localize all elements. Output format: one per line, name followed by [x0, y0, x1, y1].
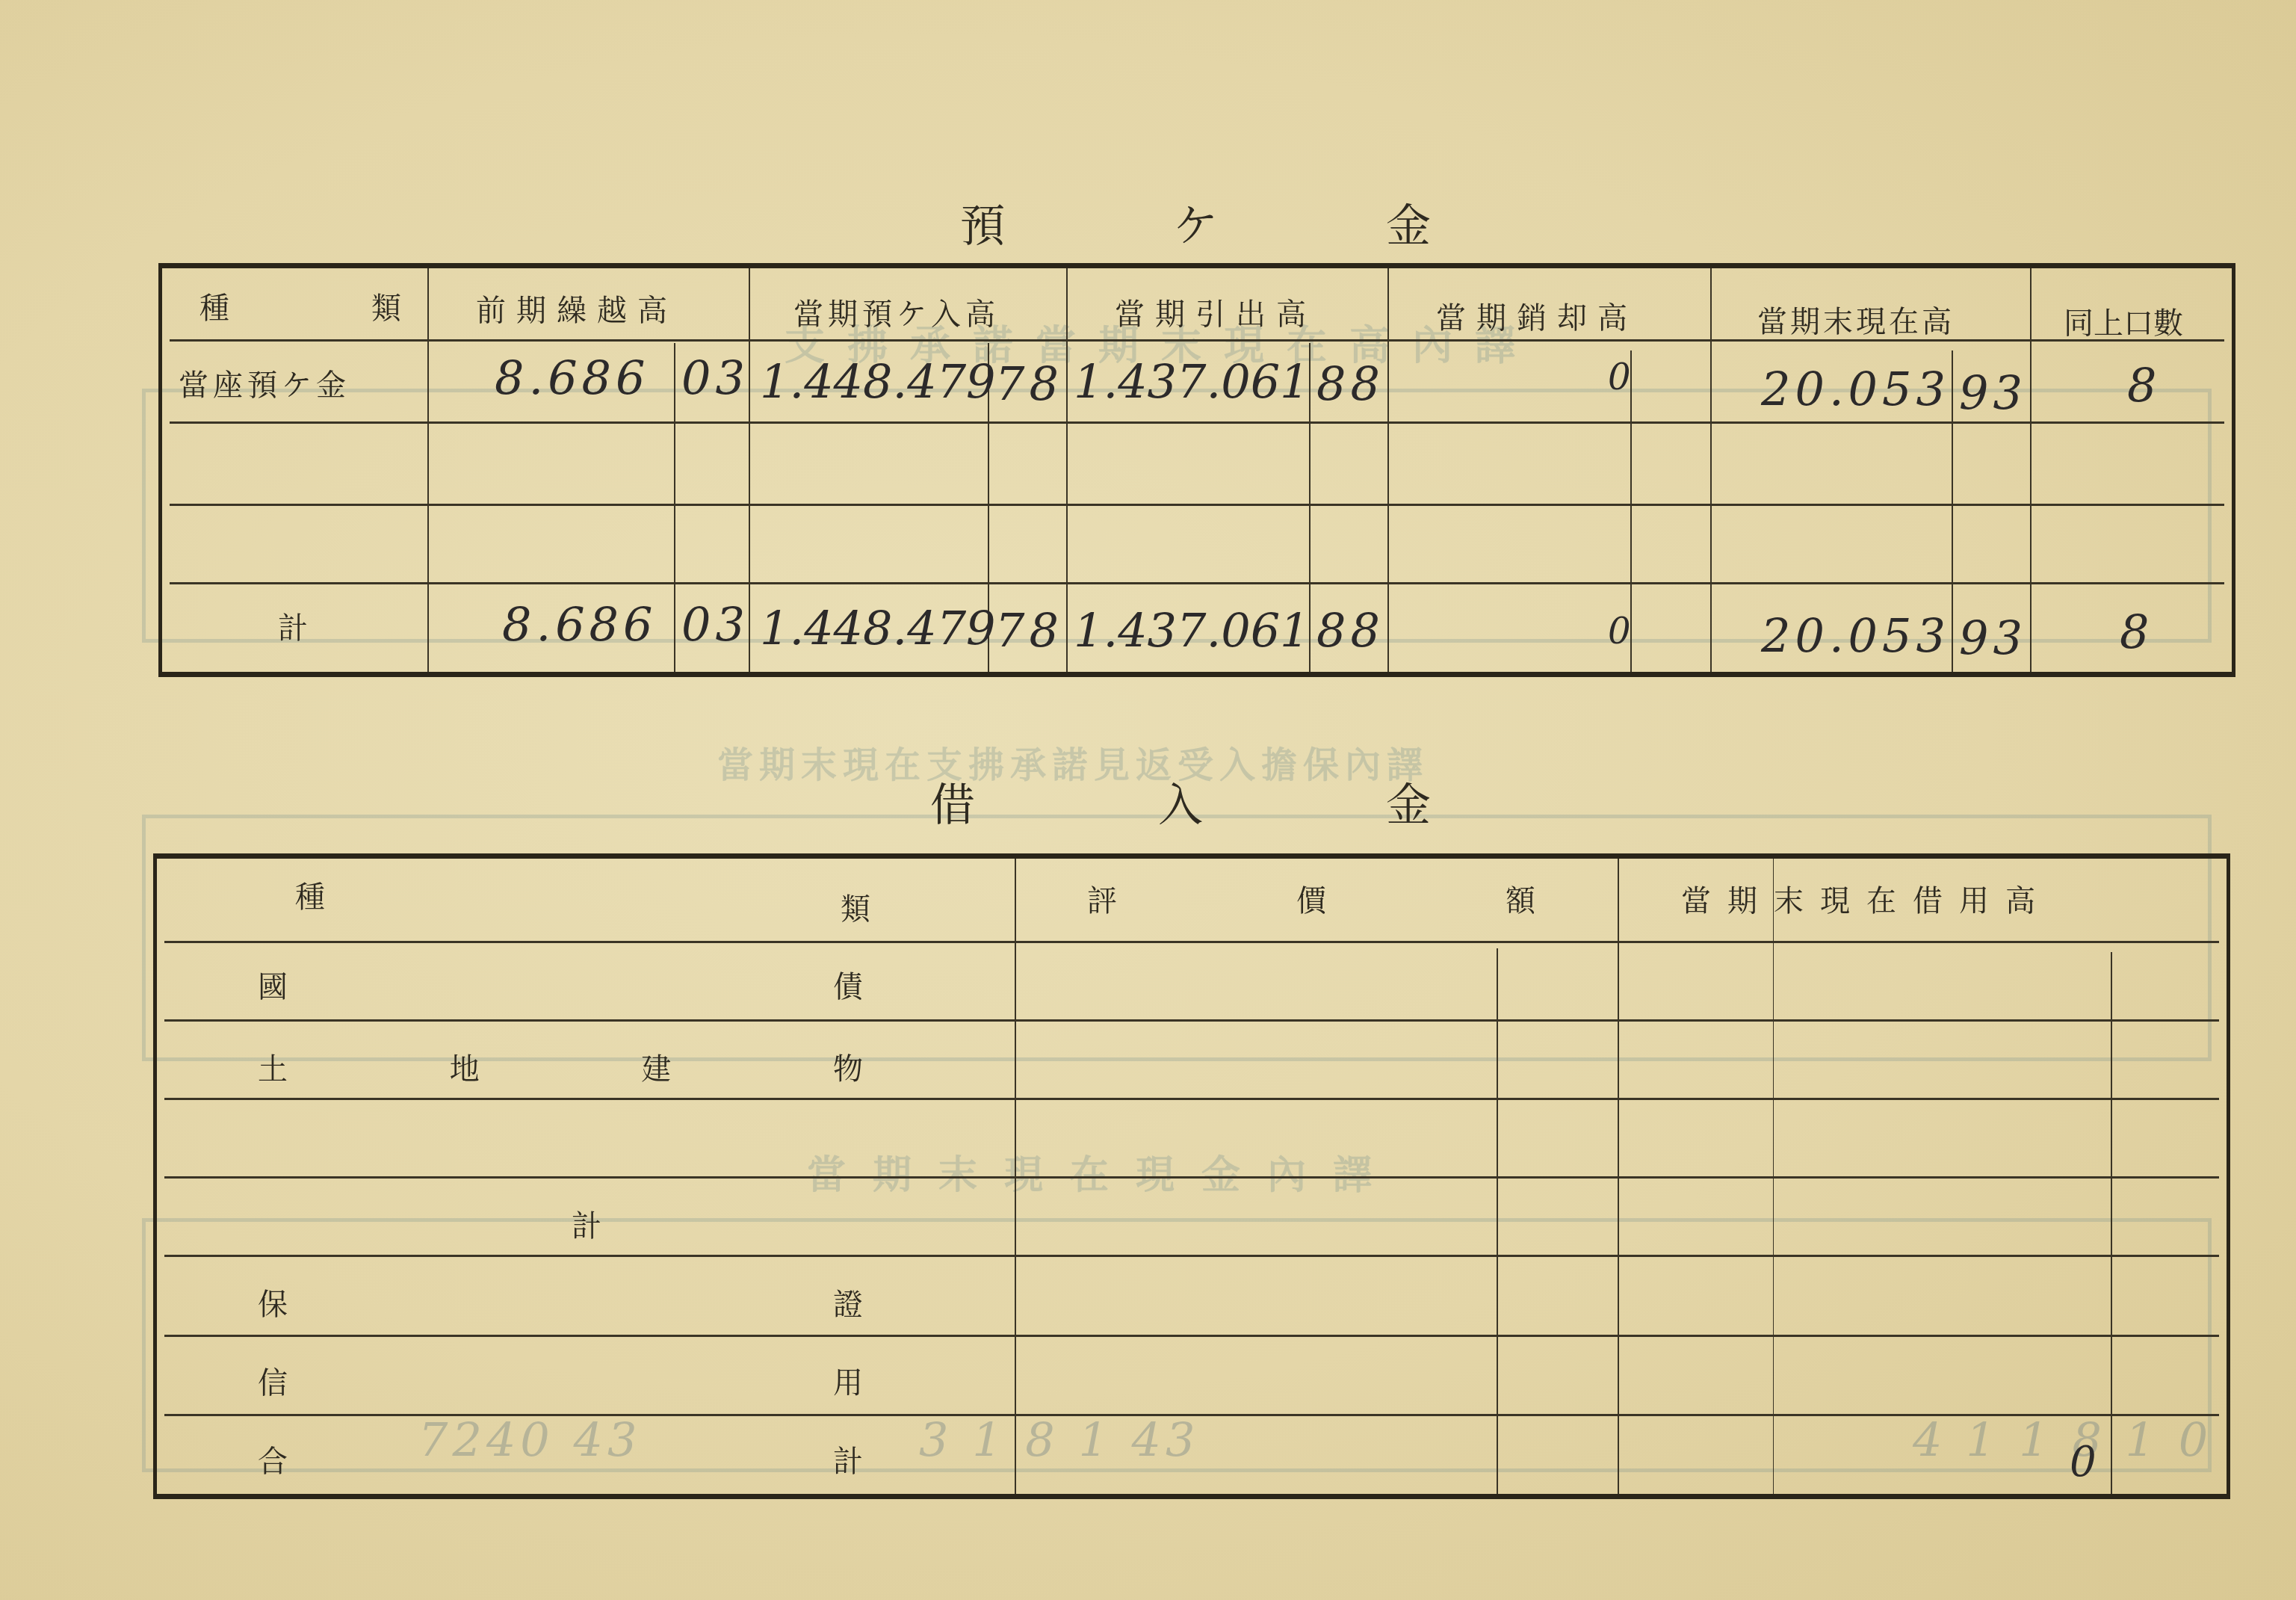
current-balance-sen: 93: [1959, 365, 2027, 420]
prev-balance-sen: 03: [681, 350, 749, 405]
deposits-title-char: 預: [960, 191, 1005, 255]
header-deposits-in: 當期預ケ入高: [793, 291, 1000, 333]
row-label-char: 物: [833, 1045, 863, 1088]
deposits-title-char: 金: [1386, 191, 1431, 255]
withdrawals-yen: 1.437.061: [1074, 354, 1310, 409]
header-account-count: 同上口數: [2064, 300, 2183, 342]
total-current-balance-yen: 20.053: [1761, 608, 1950, 663]
sen-sep: [1497, 948, 1498, 1494]
col-sep: [1066, 268, 1068, 672]
header-type: 種 類: [295, 874, 870, 928]
row-rule: [164, 1414, 2219, 1416]
total-prev-balance-yen: 8.686: [502, 597, 657, 652]
row-label-char: 建: [641, 1045, 671, 1088]
row-label-char: 土: [258, 1045, 288, 1088]
row-rule: [164, 1098, 2219, 1100]
row-rule: [164, 1176, 2219, 1179]
header-type-right: 類: [841, 886, 870, 928]
header-valuation: 評 價 額: [1087, 877, 1535, 920]
withdrawals-sen: 88: [1316, 356, 1384, 411]
row-label-grand-total: 合 計: [258, 1438, 863, 1480]
total-deposits-in-sen: 78: [995, 603, 1063, 658]
row-label-char: 地: [450, 1045, 480, 1088]
row-rule: [164, 1019, 2219, 1022]
total-prev-balance-sen: 03: [681, 597, 749, 652]
borrowings-title-char: 借: [930, 770, 975, 834]
account-count: 8: [2127, 358, 2161, 413]
borrowings-title-char: 入: [1158, 770, 1203, 834]
borrowings-table: 種 類 評 價 額 當期末現在借用高 國 債 土 地 建 物 計 保 證 信 用: [153, 853, 2230, 1499]
header-valuation-char: 額: [1506, 877, 1535, 920]
deposits-in-yen: 1.448.479: [760, 354, 996, 409]
total-withdrawals-sen: 88: [1316, 603, 1384, 658]
sen-sep: [674, 343, 675, 672]
row-label-char: 證: [833, 1281, 863, 1323]
total-written-off-yen: 0: [1608, 611, 1636, 652]
written-off-yen: 0: [1608, 356, 1636, 398]
deposits-in-sen: 78: [995, 356, 1063, 411]
row-rule: [170, 421, 2224, 424]
row-label-char: 合: [258, 1438, 288, 1480]
header-valuation-char: 評: [1087, 877, 1117, 920]
header-withdrawals: 當期引出高: [1115, 291, 1316, 333]
row-rule: [164, 941, 2219, 943]
row-label-national-bonds: 國 債: [258, 963, 863, 1006]
deposits-title: 預 ケ 金: [960, 191, 1431, 255]
header-written-off: 當期銷却高: [1436, 294, 1638, 337]
header-current-balance: 當期末現在高: [1757, 298, 1955, 341]
header-prev-balance: 前期繰越高: [476, 287, 678, 330]
row-label: 當座預ケ金: [179, 362, 350, 404]
total-label: 計: [278, 605, 308, 647]
header-type-left: 種: [295, 874, 325, 928]
col-sep: [427, 268, 429, 672]
row-label-char: 用: [833, 1359, 863, 1402]
total-account-count: 8: [2120, 605, 2153, 659]
row-label-credit: 信 用: [258, 1359, 863, 1402]
row-label-guarantee: 保 證: [258, 1281, 863, 1323]
row-rule: [170, 582, 2224, 584]
current-borrowed-total-sen: 0: [2070, 1438, 2101, 1486]
row-label-char: 債: [833, 963, 863, 1006]
row-rule: [164, 1335, 2219, 1337]
col-sep: [1710, 268, 1712, 672]
prev-balance-yen: 8.686: [495, 350, 650, 405]
row-label-char: 計: [833, 1438, 863, 1480]
header-type: 種 類: [199, 285, 401, 327]
ledger-page: 支拂承諾當期末現在高內譯 當期末現在支拂承諾見返受入擔保內譯 當期末現在現金內譯…: [0, 0, 2296, 1600]
total-deposits-in-yen: 1.448.479: [760, 601, 996, 655]
row-label-char: 信: [258, 1359, 288, 1402]
col-sep: [1387, 268, 1389, 672]
row-rule: [170, 504, 2224, 506]
col-sep: [2030, 268, 2032, 672]
sen-sep: [1952, 350, 1953, 672]
header-valuation-char: 價: [1296, 877, 1326, 920]
borrowings-title: 借 入 金: [930, 770, 1431, 834]
row-label-char: 國: [258, 963, 288, 1006]
row-label-land-buildings: 土 地 建 物: [258, 1045, 863, 1088]
total-current-balance-sen: 93: [1959, 611, 2027, 665]
sen-sep: [2111, 952, 2112, 1494]
row-label-subtotal: 計: [572, 1202, 601, 1245]
row-label-char: 保: [258, 1281, 288, 1323]
deposits-table: 種 類 前期繰越高 當期預ケ入高 當期引出高 當期銷却高 當期末現在高 同上口數…: [158, 263, 2235, 677]
header-type-left: 種: [199, 285, 229, 327]
row-rule: [164, 1255, 2219, 1257]
current-balance-yen: 20.053: [1761, 362, 1950, 416]
deposits-title-char: ケ: [1173, 191, 1218, 255]
header-current-borrowed: 當期末現在借用高: [1681, 877, 2052, 920]
header-type-right: 類: [371, 285, 401, 327]
total-withdrawals-yen: 1.437.061: [1074, 603, 1310, 658]
borrowings-title-char: 金: [1386, 770, 1431, 834]
